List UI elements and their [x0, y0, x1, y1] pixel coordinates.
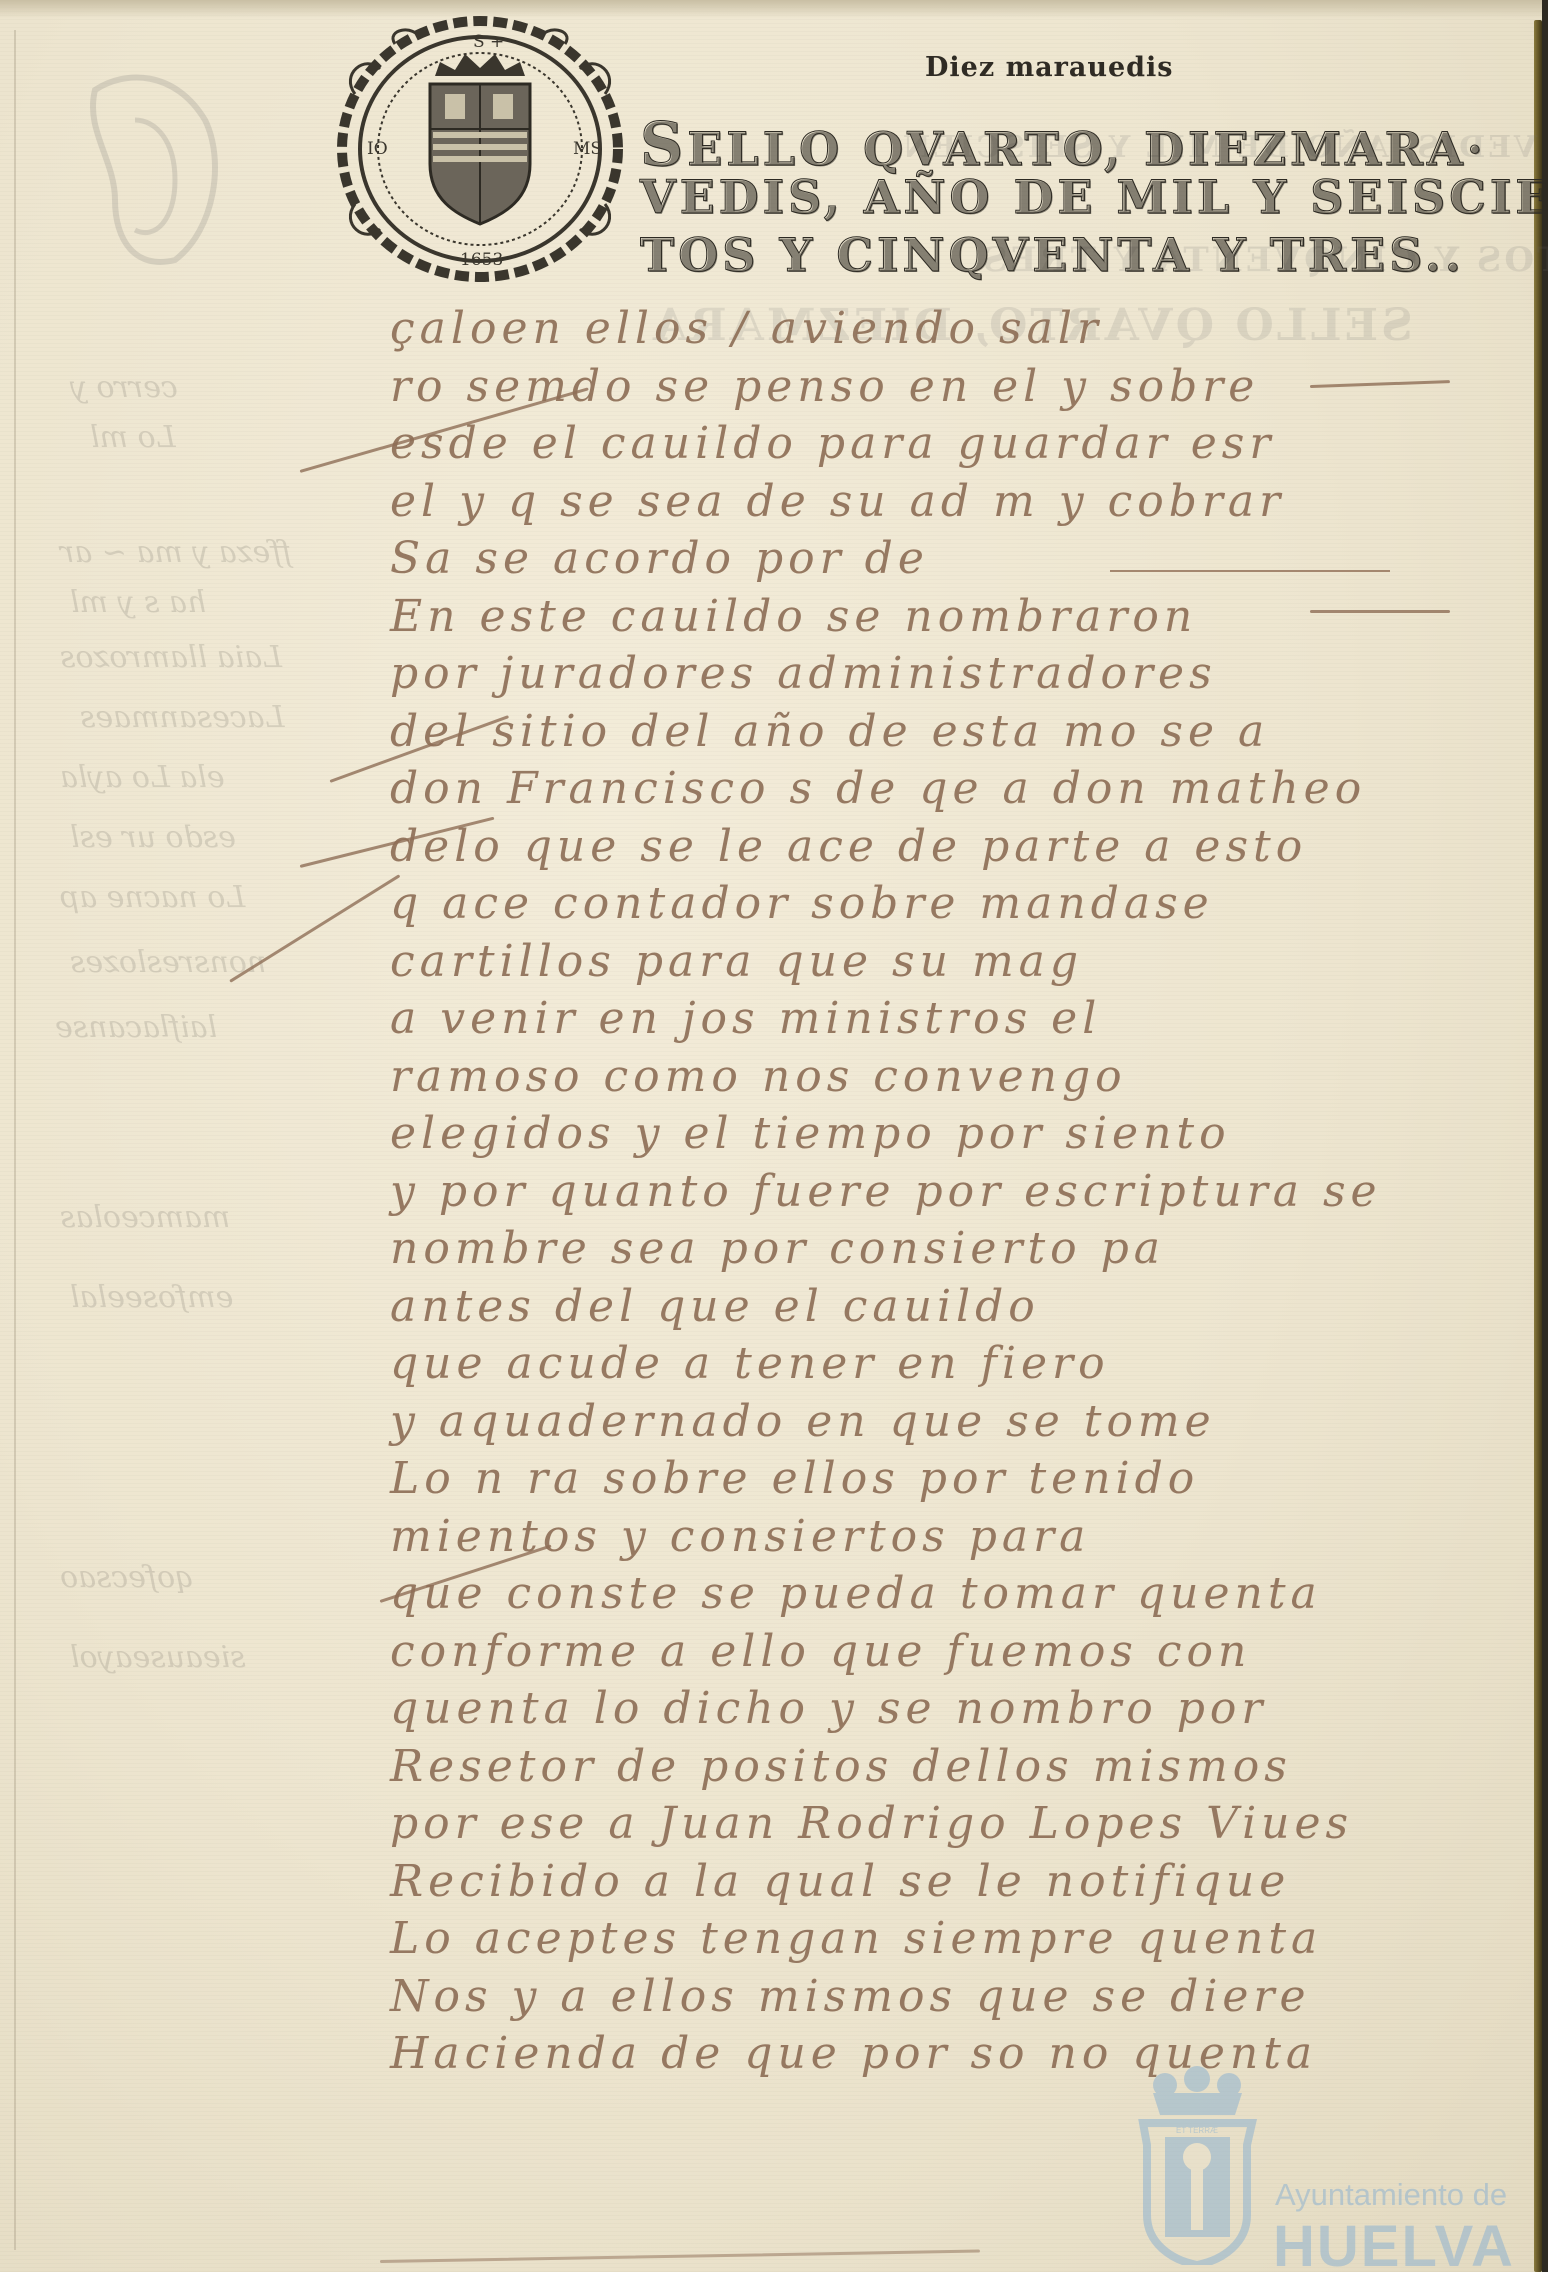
manuscript-line: elegidos y el tiempo por siento [390, 1105, 1500, 1163]
header-line-3: TOS Y CINQVENTA Y TRES.. [640, 228, 1465, 282]
page-left-fold [14, 30, 16, 2250]
manuscript-line: Recibido a la qual se le notifique [390, 1853, 1500, 1911]
manuscript-line: por juradores administradores [390, 645, 1500, 703]
manuscript-line: del sitio del año de esta mo se a [390, 703, 1500, 761]
pen-flourish [1310, 610, 1450, 613]
manuscript-line: q ace contador sobre mandase [390, 875, 1500, 933]
document-page: SELLO QVARTO, DIEZMARA VEDIS, AÑO DE MIL… [0, 0, 1548, 2272]
huelva-crest-icon: ET TERRÆ [1135, 2065, 1260, 2265]
manuscript-line: quenta lo dicho y se nombro por [390, 1680, 1500, 1738]
manuscript-line: mientos y consiertos para [390, 1508, 1500, 1566]
ghost-line: ela Lo ayla [60, 760, 225, 795]
ghost-line: cerro y [70, 370, 178, 405]
manuscript-line: Sa se acordo por de [390, 530, 1500, 588]
ghost-line: sieauseayol [70, 1640, 246, 1675]
ghost-line: ha s y ml [70, 585, 206, 620]
page-top-edge [0, 0, 1548, 18]
manuscript-line: que conste se pueda tomar quenta [390, 1565, 1500, 1623]
ghost-line: qofecsao [60, 1560, 194, 1595]
manuscript-line: esde el cauildo para guardar esr [390, 415, 1500, 473]
manuscript-line: a venir en jos ministros el [390, 990, 1500, 1048]
ghost-line: Lo nacne ap [60, 880, 245, 915]
ghost-line: ffeza y ma ~ ar [60, 535, 292, 570]
header-line-1-text: ELLO QVARTO, DIEZMARA· [687, 122, 1486, 176]
ghost-line: Laia llamrozos [60, 640, 282, 675]
pen-flourish [380, 2250, 980, 2263]
huelva-watermark: ET TERRÆ Ayuntamiento de HUELVA [1135, 2065, 1548, 2270]
manuscript-line: que acude a tener en fiero [390, 1335, 1500, 1393]
pen-flourish [229, 874, 400, 983]
manuscript-line: el y q se sea de su ad m y cobrar [390, 473, 1500, 531]
manuscript-line: nombre sea por consierto pa [390, 1220, 1500, 1278]
ghost-line: Lacesanmaes [80, 700, 284, 735]
manuscript-line: y por quanto fuere por escriptura se [390, 1163, 1500, 1221]
header-line-2: VEDIS, AÑO DE MIL Y SEISCIEN [640, 170, 1548, 224]
page-right-shadow [1542, 0, 1548, 2272]
seal-right-mark: MS [573, 139, 602, 159]
manuscript-line: conforme a ello que fuemos con [390, 1623, 1500, 1681]
manuscript-line: çaloen ellos / aviendo salr [390, 300, 1500, 358]
watermark-line-2: HUELVA [1273, 2213, 1515, 2272]
manuscript-line: delo que se le ace de parte a esto [390, 818, 1500, 876]
royal-seal: S + IO MS 1653 [335, 14, 625, 284]
manuscript-line: ramoso como nos convengo [390, 1048, 1500, 1106]
ghost-line: Lo ml [90, 420, 176, 455]
manuscript-body: çaloen ellos / aviendo salr ro semdo se … [390, 300, 1500, 2083]
ghost-crest-icon [55, 60, 255, 280]
ghost-line: laiflacanse [55, 1010, 217, 1045]
manuscript-line: y aquadernado en que se tome [390, 1393, 1500, 1451]
manuscript-line: por ese a Juan Rodrigo Lopes Viues [390, 1795, 1500, 1853]
manuscript-line: En este cauildo se nombraron [390, 588, 1500, 646]
seal-left-mark: IO [367, 139, 388, 159]
seal-year-mark: 1653 [460, 250, 503, 270]
binding-strip [1534, 20, 1542, 2272]
shield-motto: ET TERRÆ [1176, 2126, 1218, 2135]
ghost-line: emfoseelal [70, 1280, 233, 1315]
manuscript-line: Resetor de positos dellos mismos [390, 1738, 1500, 1796]
ghost-line: mamceolas [60, 1200, 230, 1235]
manuscript-line: don Francisco s de qe a don matheo [390, 760, 1500, 818]
ghost-line: esdo ur esl [70, 820, 236, 855]
manuscript-line: cartillos para que su mag [390, 933, 1500, 991]
manuscript-line: antes del que el cauildo [390, 1278, 1500, 1336]
watermark-line-1: Ayuntamiento de [1275, 2177, 1507, 2213]
stamp-denomination: Diez marauedis [925, 52, 1174, 83]
seal-top-mark: S + [473, 32, 504, 52]
manuscript-line: Nos y a ellos mismos que se diere [390, 1968, 1500, 2026]
manuscript-line: Lo n ra sobre ellos por tenido [390, 1450, 1500, 1508]
manuscript-line: Lo aceptes tengan siempre quenta [390, 1910, 1500, 1968]
